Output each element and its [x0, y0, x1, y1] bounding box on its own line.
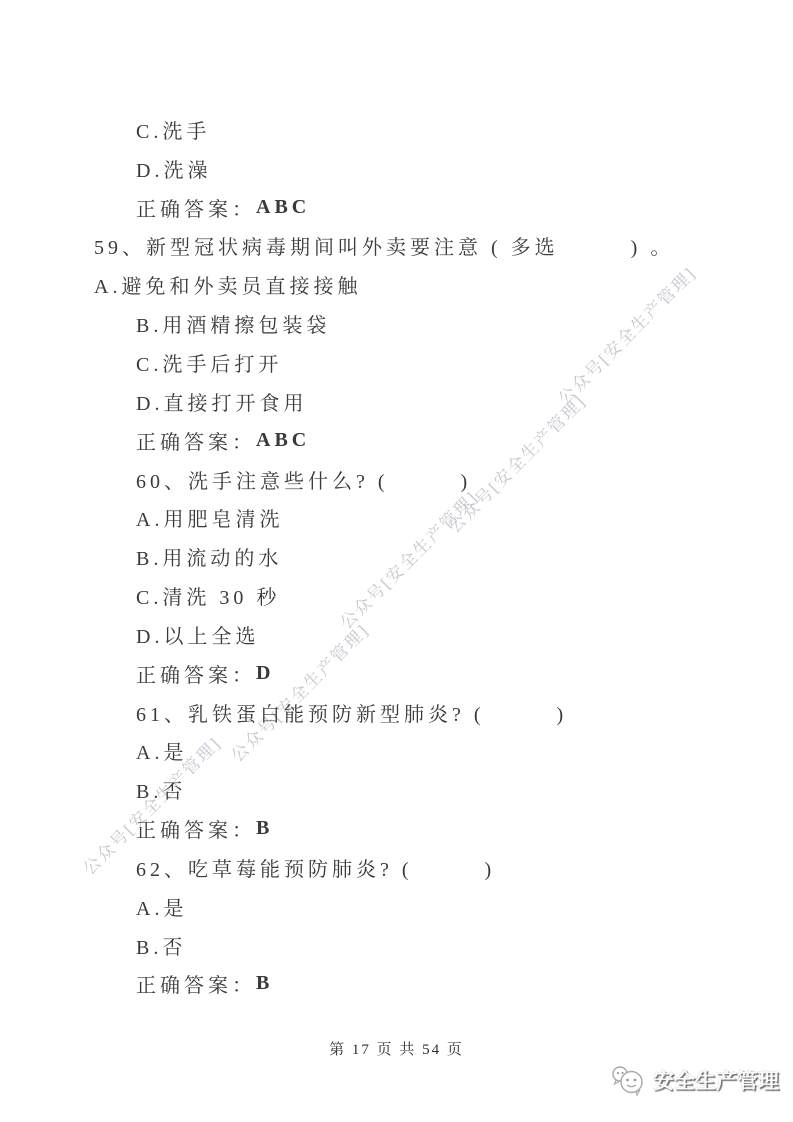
- doc-line-text: 正确答案：: [136, 193, 256, 222]
- doc-line: B.用流动的水: [94, 537, 773, 576]
- doc-line: B.用酒精擦包装袋: [94, 304, 773, 343]
- doc-line: B.否: [94, 770, 773, 809]
- doc-line: 正确答案：ABC: [94, 421, 773, 460]
- doc-line-text: 59、新型冠状病毒期间叫外卖要注意 ( 多选 ) 。: [94, 231, 674, 260]
- doc-line-text: D.洗澡: [136, 154, 211, 183]
- doc-line: A.用肥皂清洗: [94, 498, 773, 537]
- brand-logo-label: 安全生产管理: [653, 1065, 779, 1095]
- brand-logo: 安全生产管理: [610, 1064, 779, 1096]
- doc-line: 正确答案：ABC: [94, 188, 773, 227]
- doc-line: A.避免和外卖员直接接触: [94, 265, 773, 304]
- doc-line-text: B.用酒精擦包装袋: [136, 309, 330, 338]
- doc-line: C.清洗 30 秒: [94, 576, 773, 615]
- doc-line-text: 60、洗手注意些什么? ( ): [136, 465, 471, 494]
- doc-line: 59、新型冠状病毒期间叫外卖要注意 ( 多选 ) 。: [94, 227, 773, 266]
- doc-line: 60、洗手注意些什么? ( ): [94, 460, 773, 499]
- doc-line-text: 正确答案：: [136, 814, 256, 843]
- doc-line-text: D.直接打开食用: [136, 387, 307, 416]
- doc-line-text: 正确答案：: [136, 969, 256, 998]
- doc-line: D.洗澡: [94, 149, 773, 188]
- document-content: C.洗手D.洗澡正确答案：ABC59、新型冠状病毒期间叫外卖要注意 ( 多选 )…: [94, 110, 773, 1003]
- document-page: 公众号[安全生产管理]公众号[安全生产管理]公众号[安全生产管理]公众号[安全生…: [0, 0, 793, 1122]
- doc-line: 正确答案：B: [94, 965, 773, 1004]
- doc-line: D.以上全选: [94, 615, 773, 654]
- doc-line: B.否: [94, 926, 773, 965]
- doc-line-text: C.洗手: [136, 115, 210, 144]
- doc-line-text: 62、吃草莓能预防肺炎? ( ): [136, 853, 495, 882]
- doc-line: C.洗手后打开: [94, 343, 773, 382]
- doc-line: 正确答案：D: [94, 654, 773, 693]
- doc-line-text: A.用肥皂清洗: [136, 503, 283, 532]
- doc-line: A.是: [94, 887, 773, 926]
- answer-value: B: [256, 817, 273, 840]
- doc-line-text: 正确答案：: [136, 426, 256, 455]
- doc-line-text: B.否: [136, 775, 186, 804]
- doc-line: A.是: [94, 732, 773, 771]
- doc-line-text: B.否: [136, 931, 186, 960]
- chat-bubbles-logo-icon: [610, 1064, 646, 1096]
- doc-line: 62、吃草莓能预防肺炎? ( ): [94, 848, 773, 887]
- doc-line-text: B.用流动的水: [136, 542, 282, 571]
- doc-line-text: 正确答案：: [136, 659, 256, 688]
- doc-line-text: D.以上全选: [136, 620, 259, 649]
- doc-line: 正确答案：B: [94, 809, 773, 848]
- doc-line-text: C.清洗 30 秒: [136, 581, 280, 610]
- doc-line-text: A.是: [136, 736, 187, 765]
- doc-line-text: A.避免和外卖员直接接触: [94, 270, 361, 299]
- doc-line-text: 61、乳铁蛋白能预防新型肺炎? ( ): [136, 698, 567, 727]
- answer-value: D: [256, 662, 274, 685]
- doc-line: 61、乳铁蛋白能预防新型肺炎? ( ): [94, 693, 773, 732]
- doc-line-text: A.是: [136, 892, 187, 921]
- doc-line-text: C.洗手后打开: [136, 348, 282, 377]
- doc-line: C.洗手: [94, 110, 773, 149]
- answer-value: ABC: [256, 429, 310, 452]
- answer-value: B: [256, 972, 273, 995]
- doc-line: D.直接打开食用: [94, 382, 773, 421]
- answer-value: ABC: [256, 196, 310, 219]
- page-number: 第 17 页 共 54 页: [0, 1038, 793, 1059]
